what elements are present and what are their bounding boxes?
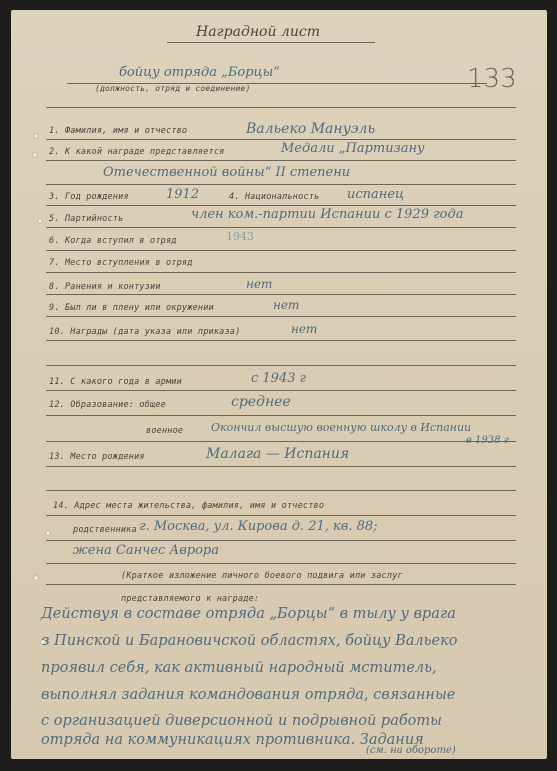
narrative-line: выполнял задания командования отряда, св… [41,687,455,703]
divider [46,184,516,185]
field-label-captivity: 9. Был ли в плену или окружении [49,303,214,313]
field-label-army-since: 11. С какого года в армии [49,377,182,387]
divider [46,294,516,295]
divider [46,466,516,467]
divider [46,515,516,516]
position-caption: (должность, отряд и соединение) [95,84,251,93]
field-label-address: 14. Адрес места жительства, фамилия, имя… [53,501,324,511]
field-value-relative: жена Санчес Аврора [73,543,219,558]
field-label-military-ed: военное [146,426,183,436]
award-sheet-page: Наградной лист бойцу отряда „Борцы“ (дол… [11,10,547,759]
field-value-wounds: нет [246,277,272,291]
field-value-name: Вальеко Мануэль [246,121,375,137]
divider [46,390,516,391]
field-label-address-cont: родственника [73,525,137,535]
divider [46,540,516,541]
field-value-joined: 1943 [226,230,254,243]
divider [46,205,516,206]
narrative-line: Действуя в составе отряда „Борцы“ в тылу… [41,606,456,622]
field-value-birthplace: Малага — Испания [206,446,349,462]
field-label-name: 1. Фамилия, имя и отчество [49,126,187,136]
divider [46,139,516,140]
divider [46,227,516,228]
field-value-nationality: испанец [347,187,404,202]
divider [46,584,516,585]
field-label-award: 2. К какой награде представляется [49,147,224,157]
narrative-line: в Пинской и Барановичской областях, бойц… [41,633,458,649]
punch-hole [34,134,38,138]
narrative-line: с организацией диверсионной и подрывной … [41,713,442,729]
divider [46,415,516,416]
document-title: Наградной лист [196,24,320,40]
divider [46,316,516,317]
field-value-awards: нет [291,322,317,336]
field-value-captivity: нет [273,298,299,312]
divider [46,250,516,251]
punch-hole [33,153,37,157]
divider [46,563,516,564]
narrative-line: проявил себя, как активный народный мсти… [41,660,437,676]
field-label-wounds: 8. Ранения и контузии [49,282,161,292]
punch-hole [38,219,42,223]
punch-hole [34,576,38,580]
field-label-party: 5. Партийность [49,214,123,224]
narrative-caption-cont: представляемого к награде: [121,594,259,604]
field-label-awards: 10. Награды (дата указа или приказа) [49,327,240,337]
divider [46,272,516,273]
divider [46,490,516,491]
divider [167,42,375,43]
field-label-education: 12. Образование: общее [49,400,166,410]
field-value-military-ed: Окончил высшую военную школу в Испании [211,421,471,434]
field-label-birthplace: 13. Место рождения [49,452,145,462]
field-label-nationality: 4. Национальность [229,192,319,202]
narrative-caption: (Краткое изложение личного боевого подви… [121,571,403,581]
divider [46,160,516,161]
divider [46,340,516,341]
punch-hole [41,640,45,644]
punch-hole [46,531,50,535]
field-value-address: г. Москва, ул. Кирова д. 21, кв. 88; [139,519,378,534]
position-value: бойцу отряда „Борцы“ [119,65,280,80]
field-value-education: среднее [231,394,291,410]
divider [46,107,516,108]
sheet-number: 133 [467,64,517,94]
field-value-army-since: с 1943 г [251,371,306,386]
field-label-joined: 6. Когда вступил в отряд [49,236,177,246]
divider [46,441,516,442]
continued-note: (см. на обороте) [366,745,456,756]
field-label-birth-year: 3. Год рождения [49,192,129,202]
field-value-party: член ком.-партии Испании с 1929 года [191,207,464,222]
field-value-award: Медали „Партизану [281,141,425,156]
field-value-award-cont: Отечественной войны“ II степени [103,165,350,180]
field-value-birth-year: 1912 [166,187,199,202]
field-label-join-place: 7. Место вступления в отряд [49,258,193,268]
divider [46,365,516,366]
